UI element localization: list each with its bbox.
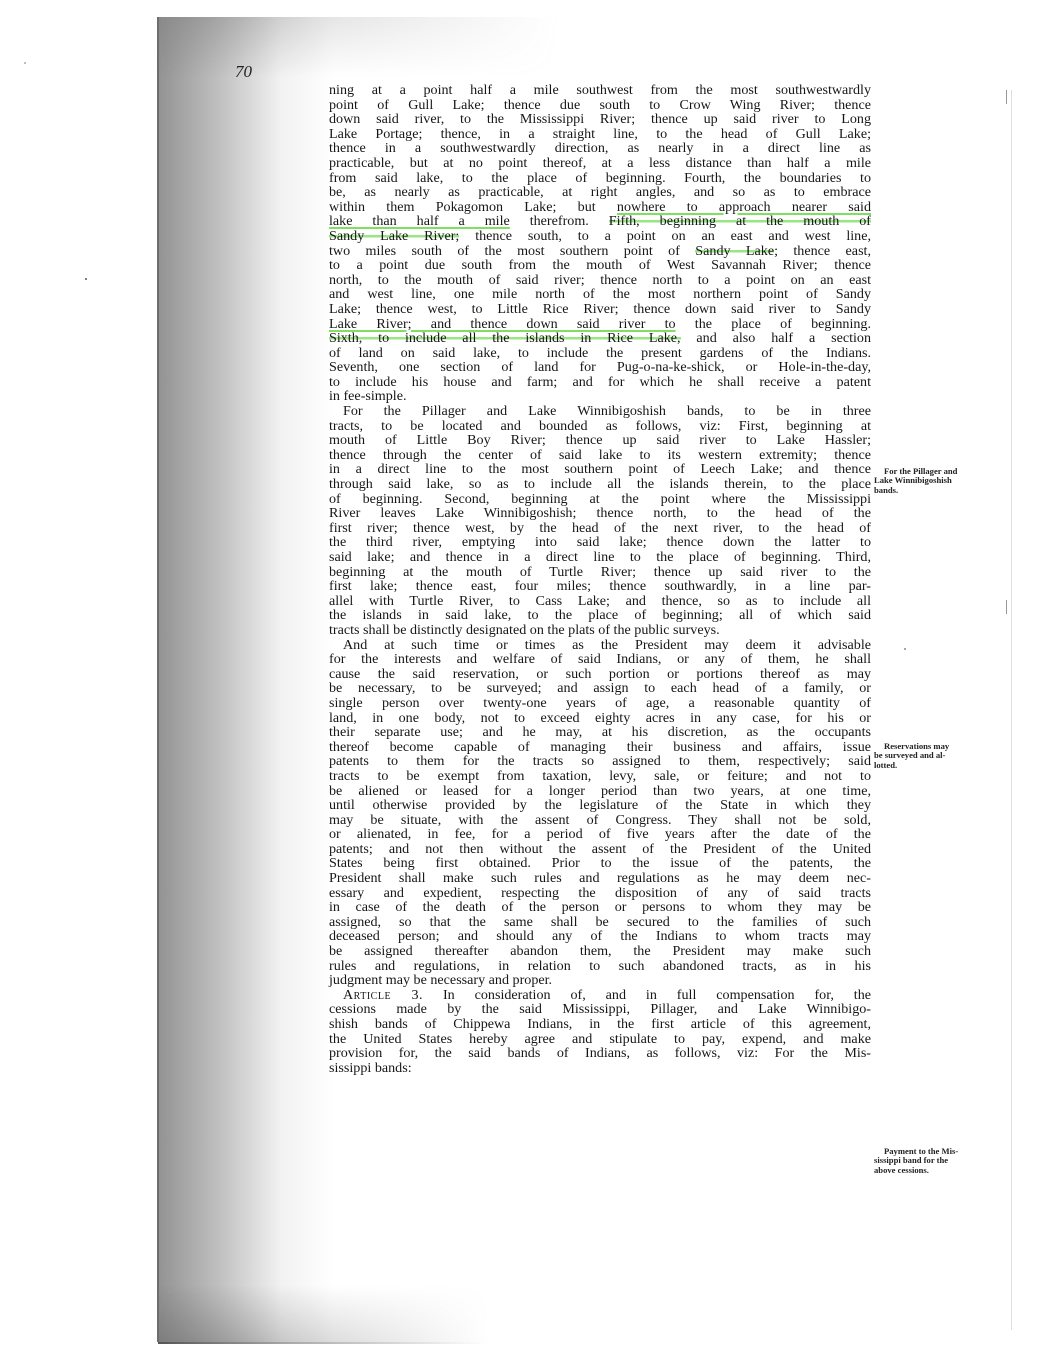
green-annotation-mark: nowhere to approach nearer said [617,199,871,215]
margin-note-line: above cessions. [874,1166,1004,1175]
scan-speck [904,648,906,650]
text-line: Sandy Lake River; thence south, to a poi… [329,229,871,244]
text-line: in case of the death of the person or pe… [329,900,871,915]
text-line: Sixth, to include all the islands in Ric… [329,331,871,346]
text-line: patents to them for the tracts so assign… [329,754,871,769]
text-line: ning at a point half a mile southwest fr… [329,83,871,98]
text-line: land, in one body, not to exceed eighty … [329,711,871,726]
text-line: first lake; thence east, four miles; the… [329,579,871,594]
text-line: be, as nearly as practicable, at right a… [329,185,871,200]
text-line: point of Gull Lake; thence due south to … [329,98,871,113]
text-line: to a point due south from the mouth of W… [329,258,871,273]
text-line: thereof become capable of managing their… [329,740,871,755]
scan-speck [24,62,26,64]
text-line: deceased person; and should any of the I… [329,929,871,944]
text-line: cessions made by the said Mississippi, P… [329,1002,871,1017]
text-line: shish bands of Chippewa Indians, in the … [329,1017,871,1032]
text-line: essary and expedient, respecting the dis… [329,886,871,901]
scan-mark [1006,600,1007,614]
text-line: For the Pillager and Lake Winnibigoshish… [329,404,871,419]
text-line: in fee-simple. [329,389,871,404]
text-line: said lake; and thence in a direct line t… [329,550,871,565]
text-line: single person over twenty-one years of a… [329,696,871,711]
text-line: President shall make such rules and regu… [329,871,871,886]
scan-edge-right [1011,90,1012,1330]
text-line: Lake Portage; thence, in a straight line… [329,127,871,142]
text-line: River leaves Lake Winnibigoshish; thence… [329,506,871,521]
text-line: practicable, but at no point thereof, at… [329,156,871,171]
scan-shadow-left [158,17,333,1342]
text-line: tracts, to be located and bounded as fol… [329,419,871,434]
margin-note-line: lotted. [874,761,1004,770]
text-line: may be situate, with the assent of Congr… [329,813,871,828]
green-annotation-mark: lake than half a mile [329,213,510,229]
document-body: ning at a point half a mile southwest fr… [329,83,871,1075]
article-label: Article 3. [343,987,423,1003]
text-line: or alienated, in fee, for a period of fi… [329,827,871,842]
text-line: from said lake, to the place of beginnin… [329,171,871,186]
green-annotation-mark: Lake River; and thence down said river t… [329,316,676,332]
text-line: cause the said reservation, or such port… [329,667,871,682]
green-annotation-mark: Sandy Lake River; [329,228,459,244]
text-line: be assigned thereafter abandon them, the… [329,944,871,959]
text-line: beginning at the mouth of Turtle River; … [329,565,871,580]
text-line: And at such time or times as the Preside… [329,638,871,653]
text-line: to include his house and farm; and for w… [329,375,871,390]
text-line: for the interests and welfare of said In… [329,652,871,667]
text-line: mouth of Little Boy River; thence up sai… [329,433,871,448]
text-line: two miles south of the most southern poi… [329,244,871,259]
green-annotation-mark: Sixth, to include all the islands in Ric… [329,330,681,346]
text-line: tracts to be exempt from taxation, levy,… [329,769,871,784]
margin-note-line: bands. [874,486,1004,495]
text-line: lake than half a mile therefrom. Fifth, … [329,214,871,229]
text-line: sissippi bands: [329,1061,871,1076]
text-line: Lake River; and thence down said river t… [329,317,871,332]
text-line: rules and regulations, in relation to su… [329,959,871,974]
text-line: and west line, one mile north of the mos… [329,287,871,302]
scan-speck [85,278,87,280]
margin-note-payment: Payment to the Mis-sissippi band for the… [874,1147,1004,1175]
text-line: of land on said lake, to include the pre… [329,346,871,361]
text-line: in a direct line to the most southern po… [329,462,871,477]
text-line: be aliened or leased for a longer period… [329,784,871,799]
text-line: tracts shall be distinctly designated on… [329,623,871,638]
page-number: 70 [235,62,252,82]
text-line: provision for, the said bands of Indians… [329,1046,871,1061]
text-line: be necessary, to be surveyed; and assign… [329,681,871,696]
text-line: States being first obtained. Prior to th… [329,856,871,871]
margin-note-reservations: Reservations maybe surveyed and al-lotte… [874,742,1004,770]
text-line: until otherwise provided by the legislat… [329,798,871,813]
page-edge [157,17,159,1342]
text-line: Seventh, one section of land for Pug-o-n… [329,360,871,375]
text-line: Lake; thence west, to Little Rice River;… [329,302,871,317]
text-line: allel with Turtle River, to Cass Lake; a… [329,594,871,609]
text-line: judgment may be necessary and proper. [329,973,871,988]
text-line: Article 3. In consideration of, and in f… [329,988,871,1003]
text-line: north, to the mouth of said river; thenc… [329,273,871,288]
text-line: the United States hereby agree and stipu… [329,1032,871,1047]
text-line: thence in a southwestwardly direction, a… [329,141,871,156]
scan-shadow-top [158,17,558,77]
text-line: first river; thence west, by the head of… [329,521,871,536]
text-line: the third river, emptying into said lake… [329,535,871,550]
text-line: patents; and not then without the assent… [329,842,871,857]
text-line: through said lake, so as to include all … [329,477,871,492]
green-annotation-mark: Fifth, beginning at the mouth of [609,213,871,229]
scan-mark [1006,90,1007,104]
text-line: thence through the center of said lake t… [329,448,871,463]
scan-shadow-bottom [158,1285,488,1344]
margin-note-pillager: For the Pillager andLake Winnibigoshishb… [874,467,1004,495]
text-line: the islands in said lake, to the place o… [329,608,871,623]
text-line: down said river, to the Mississippi Rive… [329,112,871,127]
text-line: of beginning. Second, beginning at the p… [329,492,871,507]
green-annotation-mark: Sandy Lake [695,243,774,259]
text-line: their separate use; and he may, at his d… [329,725,871,740]
text-line: assigned, so that the same shall be secu… [329,915,871,930]
text-line: within them Pokagomon Lake; but nowhere … [329,200,871,215]
